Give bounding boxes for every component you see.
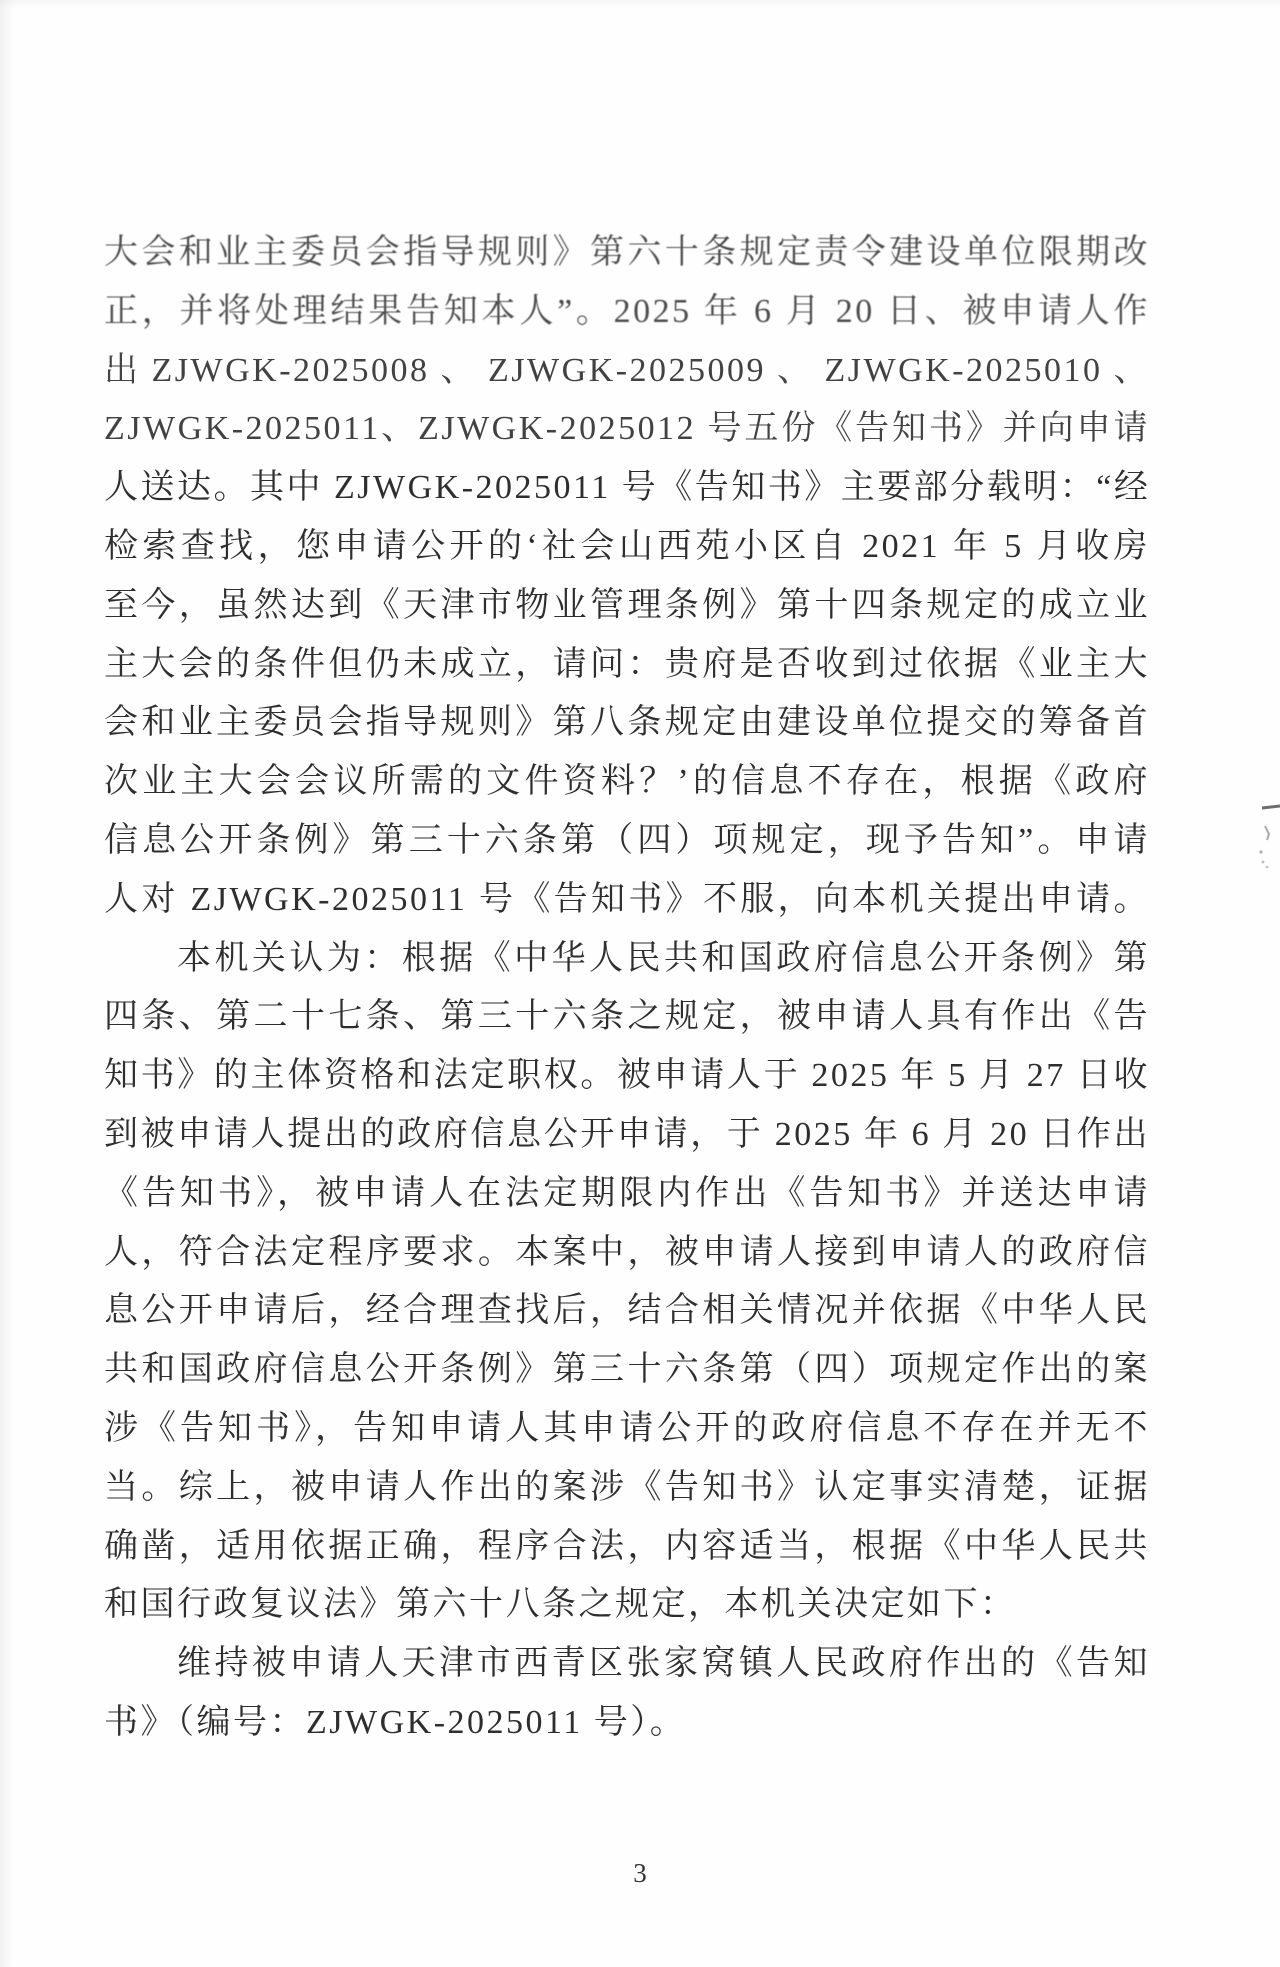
- text-line: 大会和业主委员会指导规则》第六十条规定责令建设单位限期改: [104, 224, 1150, 283]
- text-line: 当。综上，被申请人作出的案涉《告知书》认定事实清楚，证据: [104, 1459, 1150, 1518]
- text-line: 和国行政复议法》第六十八条之规定，本机关决定如下：: [104, 1576, 1150, 1635]
- text-line: 出 ZJWGK-2025008 、 ZJWGK-2025009 、 ZJWGK-…: [104, 342, 1150, 401]
- text-line: 正，并将处理结果告知本人”。2025 年 6 月 20 日、被申请人作: [104, 283, 1150, 342]
- text-line: 人，符合法定程序要求。本案中，被申请人接到申请人的政府信: [104, 1224, 1150, 1283]
- body-text: 大会和业主委员会指导规则》第六十条规定责令建设单位限期改 正，并将处理结果告知本…: [104, 224, 1150, 1753]
- text-line: 次业主大会会议所需的文件资料？’的信息不存在，根据《政府: [104, 753, 1150, 812]
- scan-edge-shading-top: [0, 0, 1280, 10]
- text-line: 主大会的条件但仍未成立，请问：贵府是否收到过依据《业主大: [104, 636, 1150, 695]
- text-line: 至今，虽然达到《天津市物业管理条例》第十四条规定的成立业: [104, 577, 1150, 636]
- text-line: 检索查找，您申请公开的‘社会山西苑小区自 2021 年 5 月收房: [104, 518, 1150, 577]
- text-line: 到被申请人提出的政府信息公开申请，于 2025 年 6 月 20 日作出: [104, 1106, 1150, 1165]
- text-line: 信息公开条例》第三十六条第（四）项规定，现予告知”。申请: [104, 812, 1150, 871]
- text-line: 书》（编号：ZJWGK-2025011 号）。: [104, 1694, 1150, 1753]
- text-line: 息公开申请后，经合理查找后，结合相关情况并依据《中华人民: [104, 1282, 1150, 1341]
- text-line: 知书》的主体资格和法定职权。被申请人于 2025 年 5 月 27 日收: [104, 1047, 1150, 1106]
- document-page: 大会和业主委员会指导规则》第六十条规定责令建设单位限期改 正，并将处理结果告知本…: [0, 0, 1280, 1967]
- text-line-paragraph-start: 维持被申请人天津市西青区张家窝镇人民政府作出的《告知: [104, 1635, 1150, 1694]
- text-line: 《告知书》，被申请人在法定期限内作出《告知书》并送达申请: [104, 1165, 1150, 1224]
- text-line: ZJWGK-2025011、ZJWGK-2025012 号五份《告知书》并向申请: [104, 400, 1150, 459]
- text-line: 确凿，适用依据正确，程序合法，内容适当，根据《中华人民共: [104, 1518, 1150, 1577]
- text-line: 人送达。其中 ZJWGK-2025011 号《告知书》主要部分载明：“经: [104, 459, 1150, 518]
- text-line: 会和业主委员会指导规则》第八条规定由建设单位提交的筹备首: [104, 694, 1150, 753]
- text-line: 涉《告知书》，告知申请人其申请公开的政府信息不存在并无不: [104, 1400, 1150, 1459]
- text-line-paragraph-start: 本机关认为：根据《中华人民共和国政府信息公开条例》第: [104, 930, 1150, 989]
- scan-edge-shading-left: [0, 0, 14, 1967]
- edge-smudge-mark: [1248, 796, 1280, 880]
- text-line: 人对 ZJWGK-2025011 号《告知书》不服，向本机关提出申请。: [104, 871, 1150, 930]
- text-line: 共和国政府信息公开条例》第三十六条第（四）项规定作出的案: [104, 1341, 1150, 1400]
- text-line: 四条、第二十七条、第三十六条之规定，被申请人具有作出《告: [104, 988, 1150, 1047]
- page-number: 3: [0, 1858, 1280, 1889]
